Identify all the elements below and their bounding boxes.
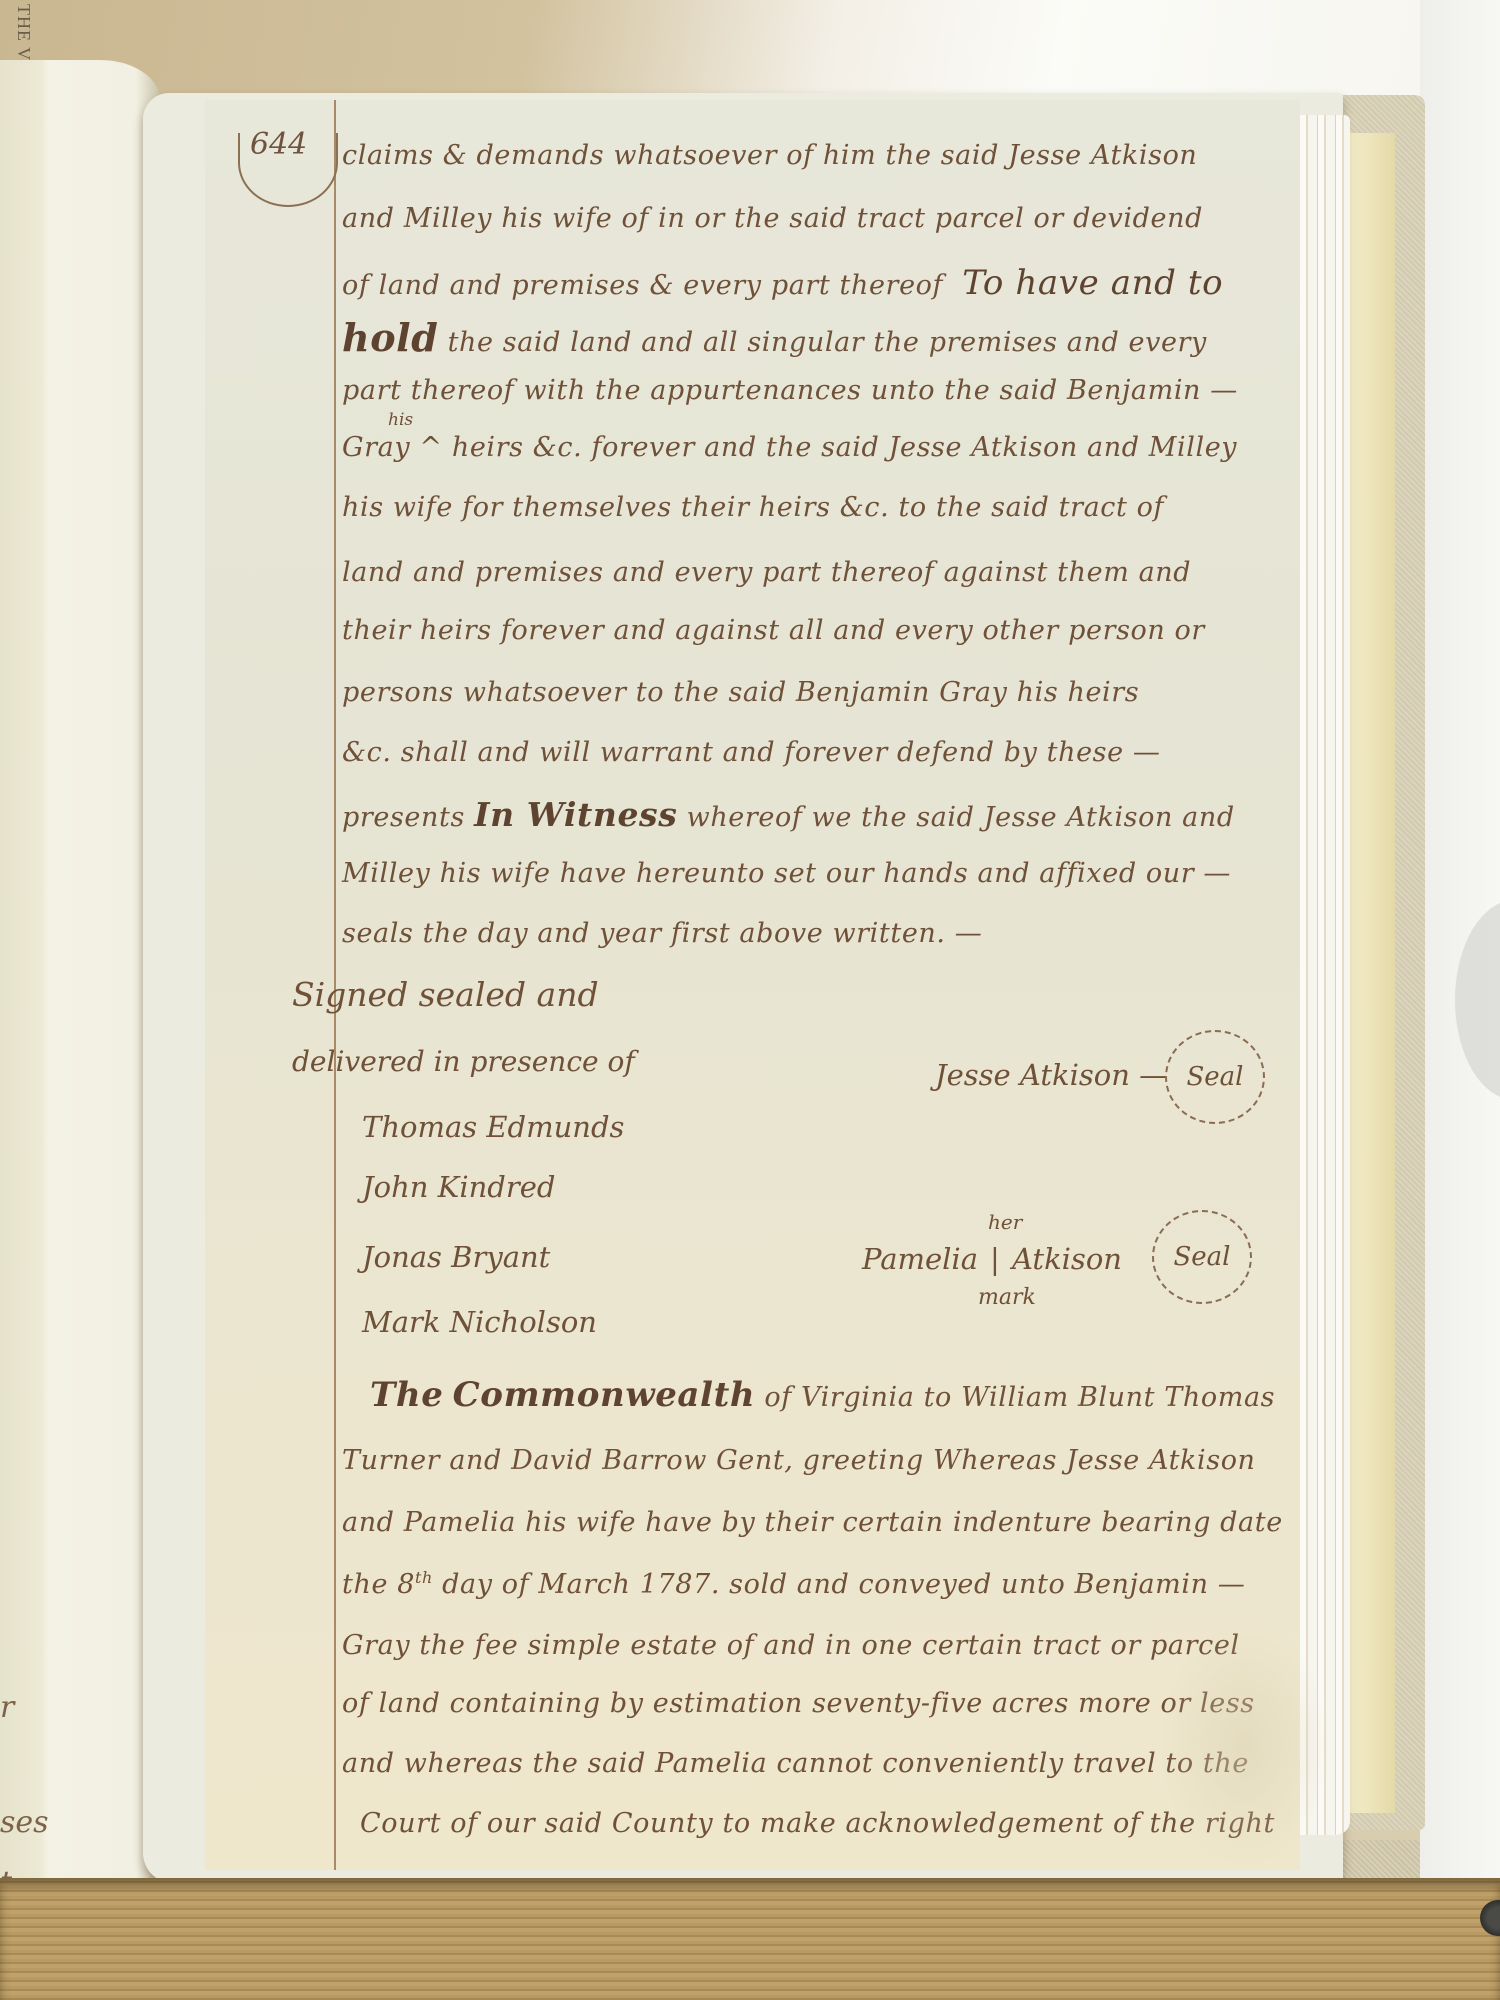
text-segment: whereof we the said Jesse Atkison and	[687, 802, 1235, 833]
text-segment: Gray	[342, 432, 410, 463]
text-line-5: part thereof with the appurtenances unto…	[342, 375, 1302, 406]
text-line-10: persons whatsoever to the said Benjamin …	[342, 677, 1302, 708]
commission-heading: Commonwealth	[453, 1375, 756, 1415]
text-segment: the 8	[342, 1569, 415, 1600]
text-line-7: his wife for themselves their heirs &c. …	[342, 492, 1302, 523]
yellow-backing-strip	[1343, 133, 1395, 1813]
commission-line-3: and Pamelia his wife have by their certa…	[342, 1507, 1302, 1538]
left-facing-page: r ses t	[0, 60, 160, 1920]
signature-pamelia-last: Atkison	[1012, 1242, 1122, 1276]
attestation-line-1: Signed sealed and	[292, 975, 599, 1014]
witness-1: Thomas Edmunds	[362, 1110, 624, 1144]
text-segment: day of March 1787. sold and conveyed unt…	[442, 1569, 1245, 1600]
commission-heading-the: The	[370, 1375, 443, 1415]
commission-line-4: the 8th day of March 1787. sold and conv…	[342, 1568, 1302, 1600]
signature-pamelia-first: Pamelia	[862, 1242, 978, 1276]
text-line-9: their heirs forever and against all and …	[342, 615, 1302, 646]
testimonium-heading: In Witness	[474, 795, 677, 834]
text-line-2: and Milley his wife of in or the said tr…	[342, 203, 1302, 234]
light-glare	[1160, 1620, 1330, 1870]
seal-2: Seal	[1152, 1210, 1252, 1304]
habendum-heading: To have and to	[962, 263, 1223, 303]
text-segment: of Virginia to William Blunt Thomas	[764, 1382, 1275, 1413]
wooden-cradle	[0, 1878, 1500, 2000]
text-line-13: Milley his wife have hereunto set our ha…	[342, 858, 1302, 889]
mark-label: mark	[978, 1285, 1036, 1310]
seal-1: Seal	[1165, 1030, 1265, 1124]
page-number: 644	[250, 127, 307, 162]
text-line-3: of land and premises & every part thereo…	[342, 263, 1302, 303]
witness-2: John Kindred	[362, 1170, 555, 1204]
text-line-4: hold the said land and all singular the …	[342, 315, 1302, 360]
caret-insert: ^	[419, 432, 442, 463]
text-line-11: &c. shall and will warrant and forever d…	[342, 737, 1302, 768]
text-line-8: land and premises and every part thereof…	[342, 557, 1302, 588]
witness-4: Mark Nicholson	[362, 1305, 597, 1339]
interlinear-insert: his	[388, 410, 413, 430]
text-line-12: presents In Witness whereof we the said …	[342, 795, 1302, 834]
left-page-fragment: r	[0, 1690, 14, 1725]
text-segment: the said land and all singular the premi…	[448, 327, 1207, 358]
ordinal-suffix: th	[415, 1568, 433, 1587]
text-line-1: claims & demands whatsoever of him the s…	[342, 140, 1302, 171]
witness-3: Jonas Bryant	[362, 1240, 550, 1274]
mark-symbol: |	[990, 1242, 1000, 1276]
text-segment: of land and premises & every part thereo…	[342, 270, 943, 301]
commission-line-6: of land containing by estimation seventy…	[342, 1688, 1302, 1719]
attestation-line-2: delivered in presence of	[292, 1045, 635, 1078]
text-segment: presents	[342, 802, 465, 833]
commission-line-1: The Commonwealth of Virginia to William …	[370, 1375, 1330, 1415]
left-page-fragment: ses	[0, 1805, 49, 1840]
text-segment: heirs &c. forever and the said Jesse Atk…	[452, 432, 1237, 463]
habendum-hold: hold	[342, 315, 438, 360]
mark-her: her	[988, 1210, 1022, 1234]
signature-jesse-atkison: Jesse Atkison —	[935, 1058, 1168, 1092]
text-line-14: seals the day and year first above writt…	[342, 918, 1302, 949]
commission-line-2: Turner and David Barrow Gent, greeting W…	[342, 1445, 1302, 1476]
commission-line-5: Gray the fee simple estate of and in one…	[342, 1630, 1302, 1661]
text-line-6: Gray ^ heirs &c. forever and the said Je…	[342, 432, 1302, 463]
commission-line-7: and whereas the said Pamelia cannot conv…	[342, 1748, 1302, 1779]
